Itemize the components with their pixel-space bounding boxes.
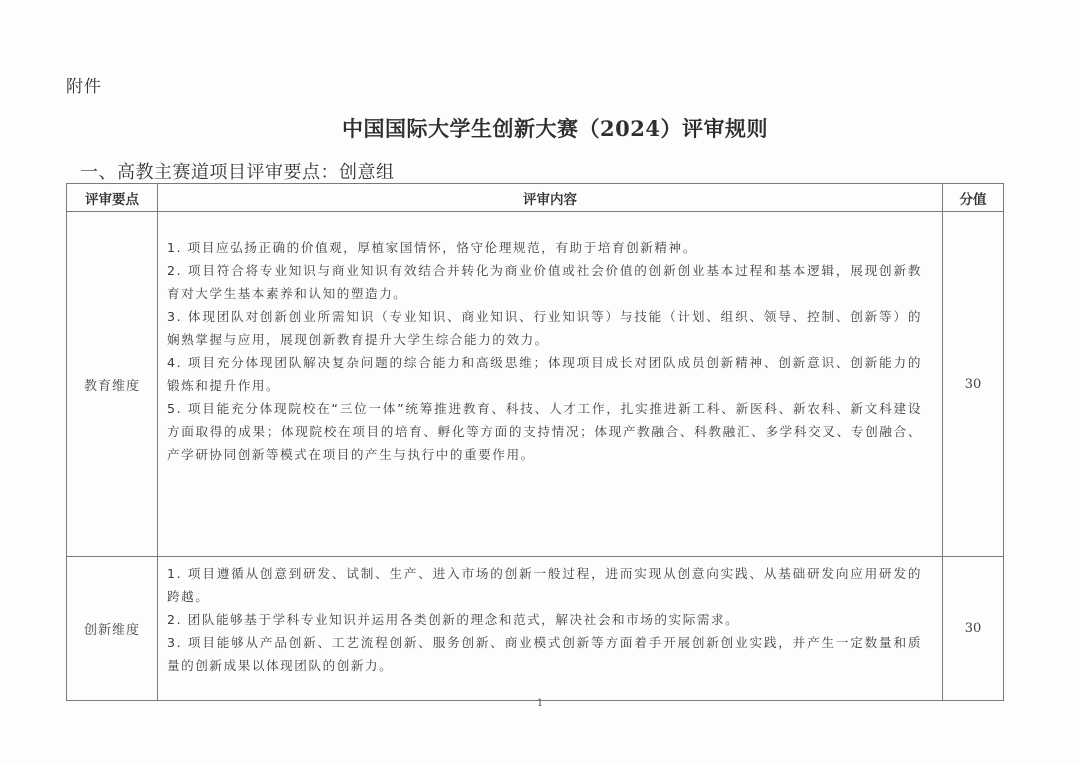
header-content: 评审内容: [158, 184, 943, 212]
table-row-innovation: 创新维度 1. 项目遵循从创意到研发、试制、生产、进入市场的创新一般过程，进而实…: [67, 557, 1004, 701]
content-item: 3. 项目能够从产品创新、工艺流程创新、服务创新、商业模式创新等方面着手开展创新…: [167, 631, 922, 677]
section-heading: 一、高教主赛道项目评审要点：创意组: [80, 158, 395, 184]
content-item: 1. 项目遵循从创意到研发、试制、生产、进入市场的创新一般过程，进而实现从创意向…: [167, 562, 922, 608]
score-cell: 30: [943, 557, 1004, 701]
page-number: 1: [0, 698, 1080, 709]
table-header-row: 评审要点 评审内容 分值: [67, 184, 1004, 212]
criterion-cell: 创新维度: [67, 557, 158, 701]
document-title: 中国国际大学生创新大赛（2024）评审规则: [0, 113, 1080, 143]
header-score: 分值: [943, 184, 1004, 212]
score-cell: 30: [943, 212, 1004, 557]
criterion-cell: 教育维度: [67, 212, 158, 557]
content-cell: 1. 项目遵循从创意到研发、试制、生产、进入市场的创新一般过程，进而实现从创意向…: [158, 557, 943, 701]
content-cell: 1. 项目应弘扬正确的价值观，厚植家国情怀，恪守伦理规范，有助于培育创新精神。 …: [158, 212, 943, 557]
content-item: 5. 项目能充分体现院校在“三位一体”统筹推进教育、科技、人才工作，扎实推进新工…: [167, 397, 922, 466]
content-item: 4. 项目充分体现团队解决复杂问题的综合能力和高级思维；体现项目成长对团队成员创…: [167, 351, 922, 397]
content-item: 2. 团队能够基于学科专业知识并运用各类创新的理念和范式，解决社会和市场的实际需…: [167, 608, 922, 631]
review-criteria-table: 评审要点 评审内容 分值 教育维度 1. 项目应弘扬正确的价值观，厚植家国情怀，…: [66, 183, 1004, 701]
table-row-education: 教育维度 1. 项目应弘扬正确的价值观，厚植家国情怀，恪守伦理规范，有助于培育创…: [67, 212, 1004, 557]
content-item: 2. 项目符合将专业知识与商业知识有效结合并转化为商业价值或社会价值的创新创业基…: [167, 259, 922, 305]
document-page: 附件 中国国际大学生创新大赛（2024）评审规则 一、高教主赛道项目评审要点：创…: [0, 0, 1080, 764]
attachment-label: 附件: [66, 72, 102, 97]
header-criterion: 评审要点: [67, 184, 158, 212]
content-item: 1. 项目应弘扬正确的价值观，厚植家国情怀，恪守伦理规范，有助于培育创新精神。: [167, 236, 922, 259]
content-item: 3. 体现团队对创新创业所需知识（专业知识、商业知识、行业知识等）与技能（计划、…: [167, 305, 922, 351]
